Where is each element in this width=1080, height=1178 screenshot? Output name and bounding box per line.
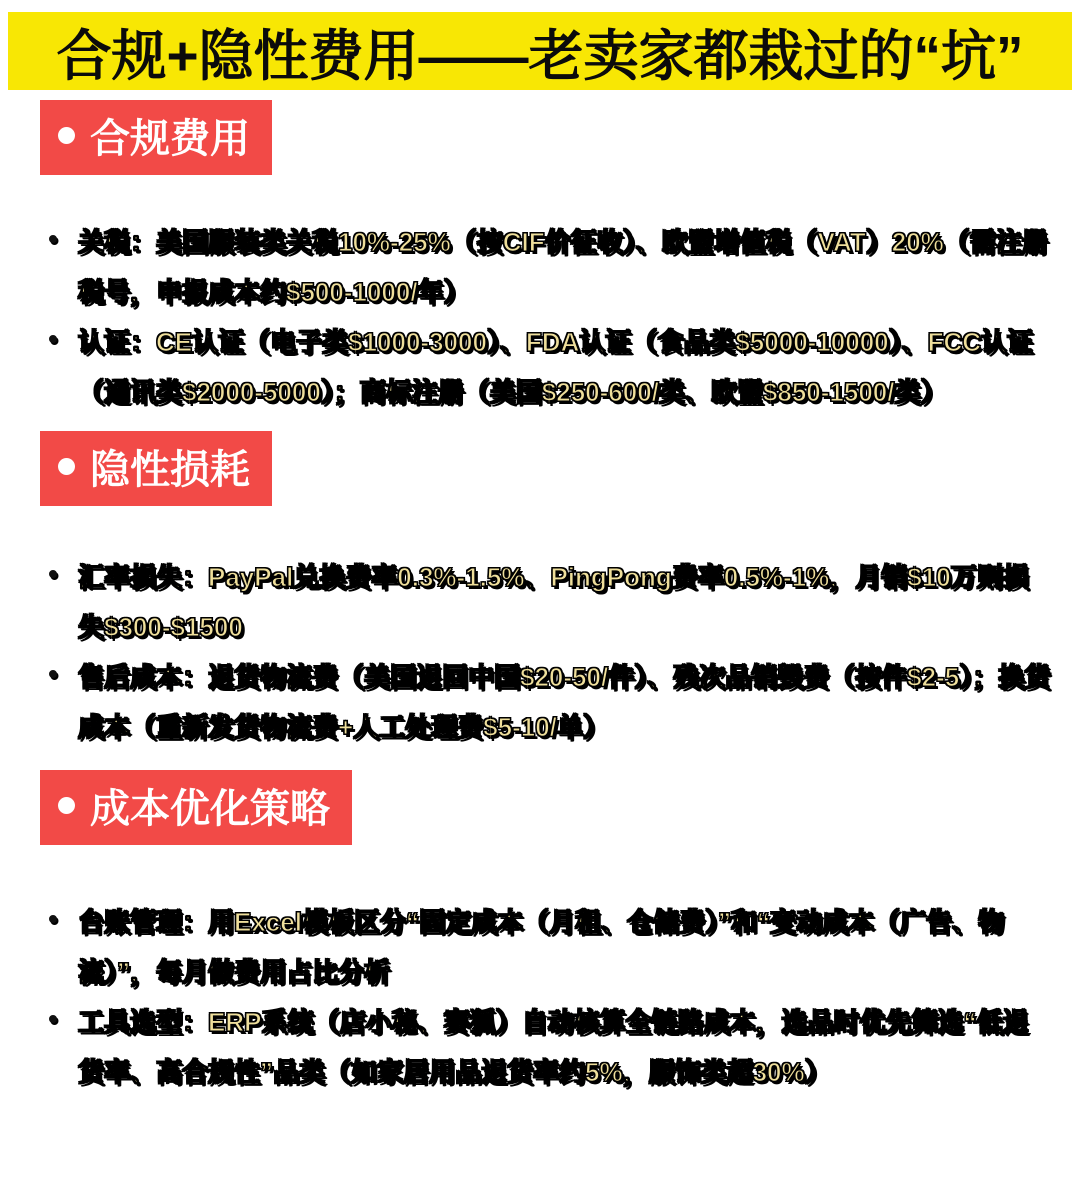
- section-list-hidden-losses: 汇率损失：PayPal兑换费率0.3%-1.5%、PingPong费率0.5%-…: [48, 552, 1053, 752]
- list-item-text: 认证：CE认证（电子类$1000-3000）、FDA认证（食品类$5000-10…: [78, 327, 1033, 407]
- section-heading-label: 成本优化策略: [90, 777, 330, 834]
- section-heading-compliance-fees: 合规费用: [40, 100, 272, 175]
- circle-bullet-icon: [49, 670, 57, 678]
- section-list-compliance-fees: 关税：美国服装类关税10%-25%（按CIF价征收）、欧盟增值税（VAT）20%…: [48, 217, 1053, 417]
- list-item-text: 售后成本：退货物流费（美国退回中国$20-50/件）、残次品销毁费（按件$2-5…: [78, 662, 1050, 742]
- section-heading-cost-optimization: 成本优化策略: [40, 770, 352, 845]
- page-title-banner: 合规+隐性费用——老卖家都栽过的“坑”: [8, 12, 1072, 90]
- page-title: 合规+隐性费用——老卖家都栽过的“坑”: [56, 12, 1023, 91]
- circle-bullet-icon: [49, 1015, 57, 1023]
- dot-bullet-icon: [58, 127, 75, 144]
- list-item-text: 关税：美国服装类关税10%-25%（按CIF价征收）、欧盟增值税（VAT）20%…: [78, 227, 1048, 307]
- list-item-text: 汇率损失：PayPal兑换费率0.3%-1.5%、PingPong费率0.5%-…: [78, 562, 1029, 642]
- list-item: 工具选型：ERP系统（店小秘、赛狐）自动核算全链路成本，选品时优先筛选“低退货率…: [48, 997, 1053, 1097]
- circle-bullet-icon: [49, 915, 57, 923]
- list-item-text: 台账管理：用Excel模板区分“固定成本（月租、仓储费）”和“变动成本（广告、物…: [78, 907, 1004, 987]
- circle-bullet-icon: [49, 570, 57, 578]
- list-item-text: 工具选型：ERP系统（店小秘、赛狐）自动核算全链路成本，选品时优先筛选“低退货率…: [78, 1007, 1028, 1087]
- dot-bullet-icon: [58, 797, 75, 814]
- list-item: 认证：CE认证（电子类$1000-3000）、FDA认证（食品类$5000-10…: [48, 317, 1053, 417]
- section-list-cost-optimization: 台账管理：用Excel模板区分“固定成本（月租、仓储费）”和“变动成本（广告、物…: [48, 897, 1053, 1097]
- section-heading-label: 隐性损耗: [90, 438, 250, 495]
- list-item: 台账管理：用Excel模板区分“固定成本（月租、仓储费）”和“变动成本（广告、物…: [48, 897, 1053, 997]
- list-item: 汇率损失：PayPal兑换费率0.3%-1.5%、PingPong费率0.5%-…: [48, 552, 1053, 652]
- circle-bullet-icon: [49, 235, 57, 243]
- section-heading-hidden-losses: 隐性损耗: [40, 431, 272, 506]
- list-item: 售后成本：退货物流费（美国退回中国$20-50/件）、残次品销毁费（按件$2-5…: [48, 652, 1053, 752]
- circle-bullet-icon: [49, 335, 57, 343]
- section-heading-label: 合规费用: [90, 107, 250, 164]
- dot-bullet-icon: [58, 458, 75, 475]
- list-item: 关税：美国服装类关税10%-25%（按CIF价征收）、欧盟增值税（VAT）20%…: [48, 217, 1053, 317]
